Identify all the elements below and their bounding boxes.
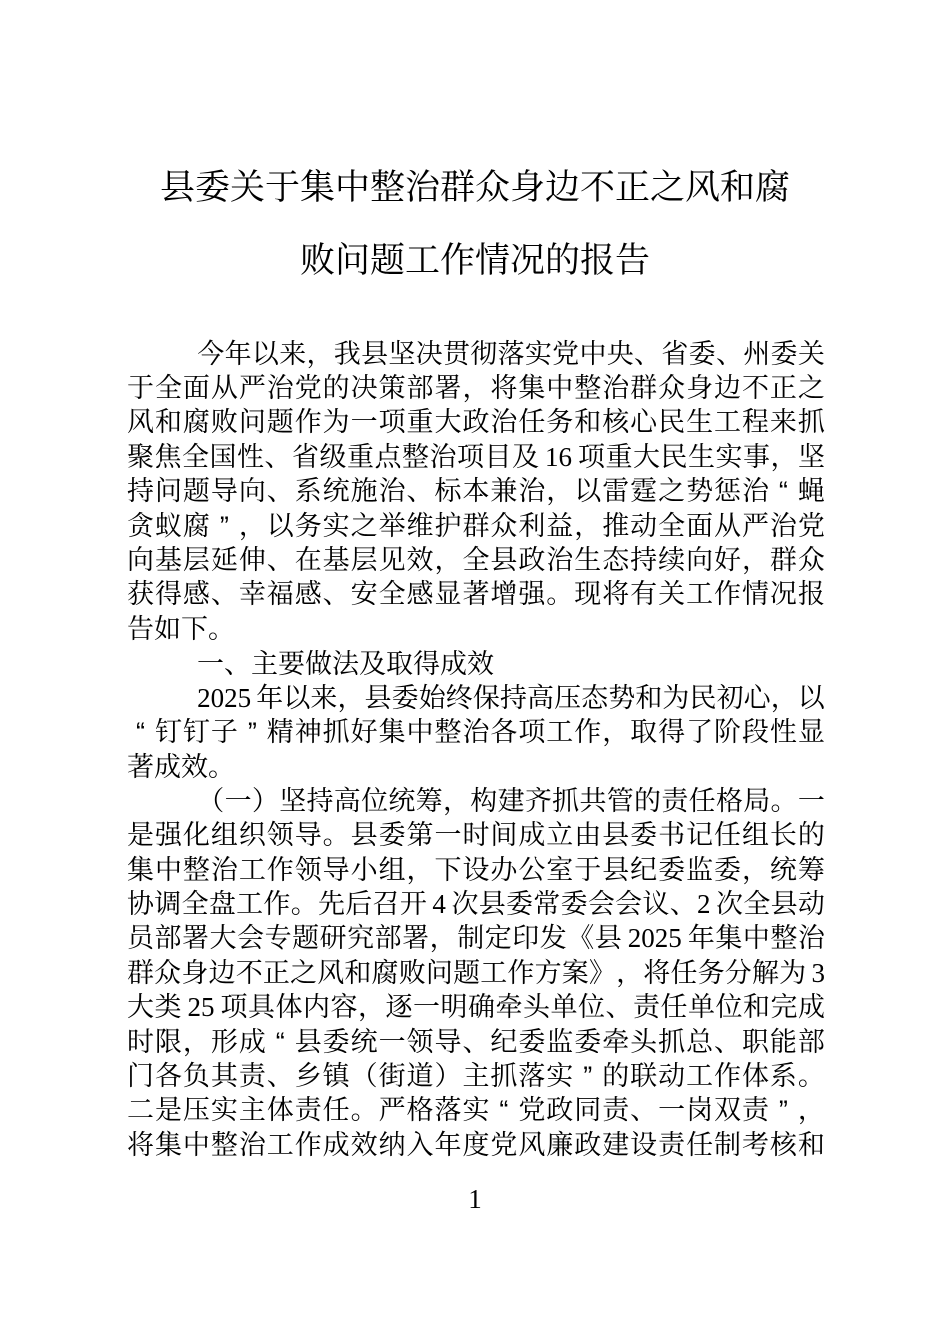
text-line: 向基层延伸、在基层见效，全县政治生态持续向好，群众: [127, 543, 825, 577]
title-line-2: 败问题工作情况的报告: [0, 224, 950, 297]
text-line: 协调全盘工作。先后召开4次县委常委会会议、2次全县动: [127, 887, 825, 921]
text-line: 著成效。: [127, 750, 825, 784]
text-line: 聚焦全国性、省级重点整治项目及16项重大民生实事，坚: [127, 440, 825, 474]
section-heading: 一、主要做法及取得成效: [127, 647, 825, 681]
document-title: 县委关于集中整治群众身边不正之风和腐 败问题工作情况的报告: [0, 151, 950, 297]
document-body: 今年以来，我县坚决贯彻落实党中央、省委、州委关于全面从严治党的决策部署，将集中整…: [127, 337, 825, 1162]
document-page: 县委关于集中整治群众身边不正之风和腐 败问题工作情况的报告 今年以来，我县坚决贯…: [0, 0, 950, 1344]
text-line: 大类25项具体内容，逐一明确牵头单位、责任单位和完成: [127, 990, 825, 1024]
text-line: 告如下。: [127, 612, 825, 646]
text-line: 风和腐败问题作为一项重大政治任务和核心民生工程来抓: [127, 406, 825, 440]
text-line: 门各负其责、乡镇（街道）主抓落实”的联动工作体系。: [127, 1059, 825, 1093]
page-number: 1: [0, 1182, 950, 1216]
text-line: 是强化组织领导。县委第一时间成立由县委书记任组长的: [127, 818, 825, 852]
text-line: 集中整治工作领导小组，下设办公室于县纪委监委，统筹: [127, 853, 825, 887]
text-line: 于全面从严治党的决策部署，将集中整治群众身边不正之: [127, 371, 825, 405]
text-line: 群众身边不正之风和腐败问题工作方案》，将任务分解为3: [127, 956, 825, 990]
text-line: 将集中整治工作成效纳入年度党风廉政建设责任制考核和: [127, 1128, 825, 1162]
text-line: 时限，形成“县委统一领导、纪委监委牵头抓总、职能部: [127, 1025, 825, 1059]
paragraph: 今年以来，我县坚决贯彻落实党中央、省委、州委关于全面从严治党的决策部署，将集中整…: [127, 337, 825, 647]
paragraph: 2025年以来，县委始终保持高压态势和为民初心，以“钉钉子”精神抓好集中整治各项…: [127, 681, 825, 784]
text-line: 今年以来，我县坚决贯彻落实党中央、省委、州委关: [127, 337, 825, 371]
text-line: 持问题导向、系统施治、标本兼治，以雷霆之势惩治“蝇: [127, 475, 825, 509]
text-line: 一、主要做法及取得成效: [127, 647, 825, 681]
text-line: 二是压实主体责任。严格落实“党政同责、一岗双责”，: [127, 1094, 825, 1128]
text-line: 贪蚁腐”，以务实之举维护群众利益，推动全面从严治党: [127, 509, 825, 543]
paragraph: （一）坚持高位统筹，构建齐抓共管的责任格局。一是强化组织领导。县委第一时间成立由…: [127, 784, 825, 1162]
text-line: 员部署大会专题研究部署，制定印发《县2025年集中整治: [127, 922, 825, 956]
text-line: （一）坚持高位统筹，构建齐抓共管的责任格局。一: [127, 784, 825, 818]
title-line-1: 县委关于集中整治群众身边不正之风和腐: [0, 151, 950, 224]
text-line: 2025年以来，县委始终保持高压态势和为民初心，以: [127, 681, 825, 715]
text-line: “钉钉子”精神抓好集中整治各项工作，取得了阶段性显: [127, 715, 825, 749]
text-line: 获得感、幸福感、安全感显著增强。现将有关工作情况报: [127, 578, 825, 612]
